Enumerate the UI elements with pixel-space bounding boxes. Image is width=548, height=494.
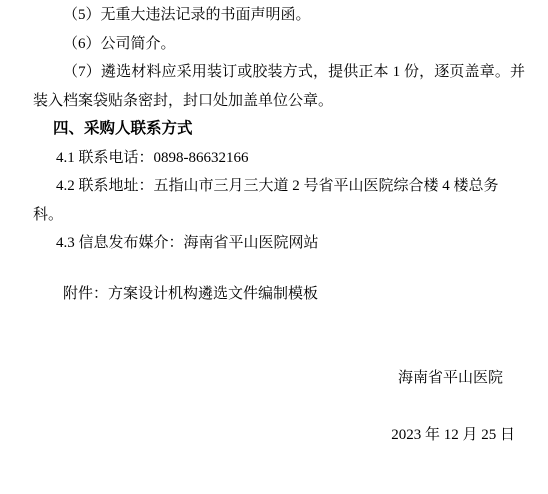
list-item-6: （6）公司简介。 [33,30,525,59]
contact-phone-line: 4.1 联系电话：0898-86632166 [33,144,525,173]
contact-address-line: 4.2 联系地址：五指山市三月三大道 2 号省平山医院综合楼 4 楼总务科。 [33,172,525,229]
signature-organization: 海南省平山医院 [0,364,503,393]
list-item-5: （5）无重大违法记录的书面声明函。 [33,1,525,30]
section-heading-contact-info: 四、采购人联系方式 [33,115,525,144]
list-item-7: （7）遴选材料应采用装订或胶装方式，提供正本 1 份，逐页盖章。并装入档案袋贴条… [33,58,525,115]
signature-date: 2023 年 12 月 25 日 [0,421,515,450]
attachment-note: 附件：方案设计机构遴选文件编制模板 [33,280,525,309]
document-page: （5）无重大违法记录的书面声明函。 （6）公司简介。 （7）遴选材料应采用装订或… [0,0,548,494]
contact-media-line: 4.3 信息发布媒介：海南省平山医院网站 [33,229,525,258]
